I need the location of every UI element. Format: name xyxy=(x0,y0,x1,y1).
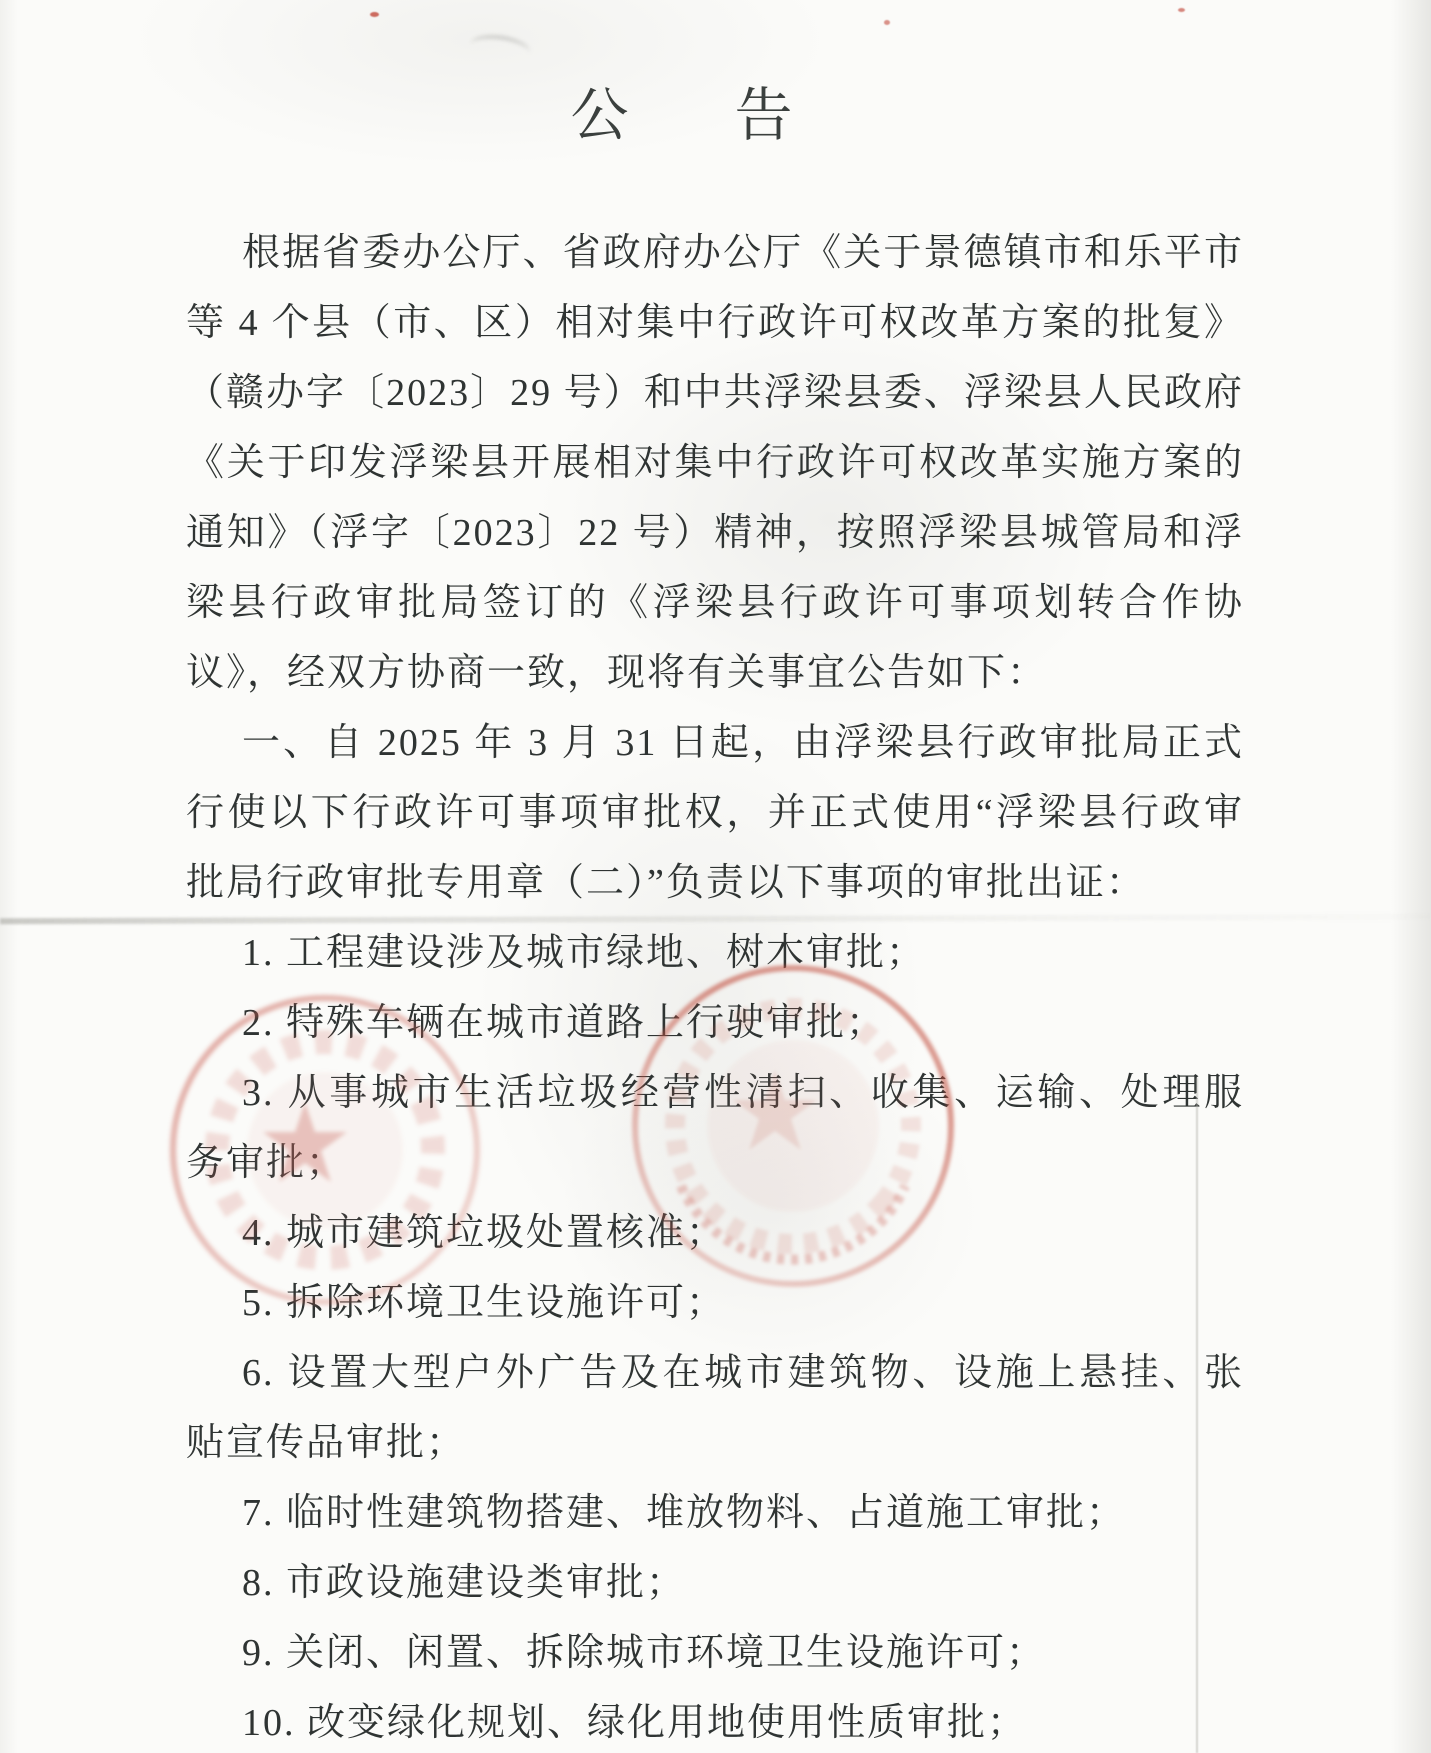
title-char-right: 告 xyxy=(735,80,793,152)
list-item: 2. 特殊车辆在城市道路上行驶审批； xyxy=(186,988,1244,1058)
red-speck xyxy=(370,12,379,17)
red-speck xyxy=(1178,8,1185,12)
red-speck xyxy=(884,20,890,25)
list-item: 6. 设置大型户外广告及在城市建筑物、设施上悬挂、张贴宣传品审批； xyxy=(186,1338,1244,1478)
scanned-announcement-page: 公 告 根据省委办公厅、省政府办公厅《关于景德镇市和乐平市等 4 个县（市、区）… xyxy=(0,0,1431,1753)
announcement-body: 根据省委办公厅、省政府办公厅《关于景德镇市和乐平市等 4 个县（市、区）相对集中… xyxy=(186,218,1244,1753)
list-item: 7. 临时性建筑物搭建、堆放物料、占道施工审批； xyxy=(186,1478,1244,1548)
approval-items-list: 1. 工程建设涉及城市绿地、树木审批； 2. 特殊车辆在城市道路上行驶审批； 3… xyxy=(186,918,1244,1753)
title-char-left: 公 xyxy=(570,80,628,152)
page-title: 公 告 xyxy=(0,80,1397,152)
list-item: 10. 改变绿化规划、绿化用地使用性质审批； xyxy=(186,1688,1244,1753)
list-item: 1. 工程建设涉及城市绿地、树木审批； xyxy=(186,918,1244,988)
paragraph-item-one: 一、自 2025 年 3 月 31 日起，由浮梁县行政审批局正式行使以下行政许可… xyxy=(186,708,1244,918)
list-item: 4. 城市建筑垃圾处置核准； xyxy=(186,1198,1244,1268)
scan-vertical-line xyxy=(1196,1078,1198,1753)
scan-smudge-mark xyxy=(469,32,532,65)
list-item: 3. 从事城市生活垃圾经营性清扫、收集、运输、处理服务审批； xyxy=(186,1058,1244,1198)
list-item: 5. 拆除环境卫生设施许可； xyxy=(186,1268,1244,1338)
list-item: 8. 市政设施建设类审批； xyxy=(186,1548,1244,1618)
paragraph-legal-basis: 根据省委办公厅、省政府办公厅《关于景德镇市和乐平市等 4 个县（市、区）相对集中… xyxy=(186,218,1244,708)
list-item: 9. 关闭、闲置、拆除城市环境卫生设施许可； xyxy=(186,1618,1244,1688)
